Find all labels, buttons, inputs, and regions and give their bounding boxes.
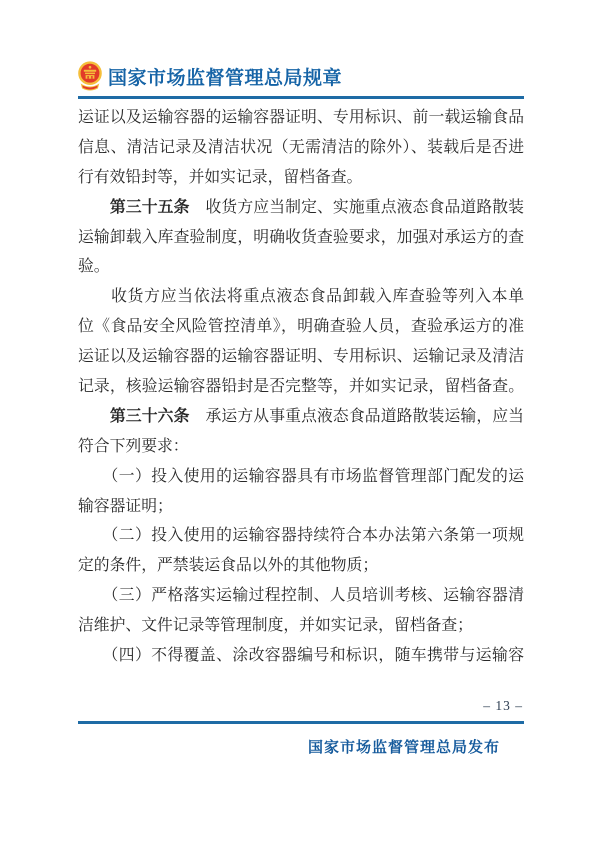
paragraph: 第三十六条 承运方从事重点液态食品道路散装运输，应当符合下列要求： [78,402,524,462]
paragraph: 运证以及运输容器的运输容器证明、专用标识、前一载运输食品信息、清洁记录及清洁状况… [78,103,524,193]
text-line: 位《食品安全风险管控清单》，明确查验人员，查验承运方的准 [78,312,524,342]
paragraph: （二）投入使用的运输容器持续符合本办法第六条第一项规定的条件，严禁装运食品以外的… [78,521,524,581]
text-segment: 符合下列要求： [78,438,189,455]
text-segment: 位《食品安全风险管控清单》，明确查验人员，查验承运方的准 [78,318,524,335]
text-line: 记录，核验运输容器铅封是否完整等，并如实记录，留档备查。 [78,372,524,402]
text-line: 运输卸载入库查验制度，明确收货查验要求，加强对承运方的查 [78,223,524,253]
footer-divider [78,721,524,724]
document-body: 运证以及运输容器的运输容器证明、专用标识、前一载运输食品信息、清洁记录及清洁状况… [78,103,524,671]
text-line: （三）严格落实运输过程控制、人员培训考核、运输容器清 [78,581,524,611]
text-segment: 记录，核验运输容器铅封是否完整等，并如实记录，留档备查。 [78,378,524,395]
page-number: – 13 – [483,698,523,714]
text-line: （一）投入使用的运输容器具有市场监督管理部门配发的运 [78,462,524,492]
text-segment: 收货方应当制定、实施重点液态食品道路散装 [190,199,524,216]
text-segment: 验。 [78,258,110,275]
text-segment: （一）投入使用的运输容器具有市场监督管理部门配发的运 [78,468,524,485]
text-segment: 运证以及运输容器的运输容器证明、专用标识、运输记录及清洁 [78,348,524,365]
text-line: （四）不得覆盖、涂改容器编号和标识，随车携带与运输容 [78,641,524,671]
text-segment: 收货方应当依法将重点液态食品卸载入库查验等列入本单 [78,288,524,305]
text-line: 第三十六条 承运方从事重点液态食品道路散装运输，应当 [78,402,524,432]
header-divider [78,96,524,99]
text-segment: 运输卸载入库查验制度，明确收货查验要求，加强对承运方的查 [78,229,524,246]
paragraph: （三）严格落实运输过程控制、人员培训考核、运输容器清洁维护、文件记录等管理制度，… [78,581,524,641]
text-line: （二）投入使用的运输容器持续符合本办法第六条第一项规 [78,521,524,551]
paragraph: 收货方应当依法将重点液态食品卸载入库查验等列入本单位《食品安全风险管控清单》，明… [78,282,524,402]
paragraph: （四）不得覆盖、涂改容器编号和标识，随车携带与运输容 [78,641,524,671]
text-segment: （四）不得覆盖、涂改容器编号和标识，随车携带与运输容 [78,647,524,664]
text-segment: 承运方从事重点液态食品道路散装运输，应当 [190,408,524,425]
text-line: 收货方应当依法将重点液态食品卸载入库查验等列入本单 [78,282,524,312]
text-line: 验。 [78,252,524,282]
text-segment: 运证以及运输容器的运输容器证明、专用标识、前一载运输食品 [78,109,524,126]
article-number: 第三十六条 [110,408,190,425]
text-segment: 行有效铅封等，并如实记录，留档备查。 [78,169,362,186]
text-segment: 输容器证明； [78,498,173,515]
text-segment: 洁维护、文件记录等管理制度，并如实记录，留档备查； [78,617,473,634]
text-line: 信息、清洁记录及清洁状况（无需清洁的除外）、装载后是否进 [78,133,524,163]
text-line: 行有效铅封等，并如实记录，留档备查。 [78,163,524,193]
text-line: 第三十五条 收货方应当制定、实施重点液态食品道路散装 [78,193,524,223]
text-segment [78,199,110,216]
text-line: 洁维护、文件记录等管理制度，并如实记录，留档备查； [78,611,524,641]
text-segment: （二）投入使用的运输容器持续符合本办法第六条第一项规 [78,527,524,544]
text-line: 运证以及运输容器的运输容器证明、专用标识、运输记录及清洁 [78,342,524,372]
text-segment: （三）严格落实运输过程控制、人员培训考核、运输容器清 [78,587,524,604]
document-page: 国家市场监督管理总局规章 运证以及运输容器的运输容器证明、专用标识、前一载运输食… [0,0,600,848]
text-segment [78,408,110,425]
national-emblem-icon [77,60,103,92]
text-line: 定的条件，严禁装运食品以外的其他物质； [78,551,524,581]
text-segment: 定的条件，严禁装运食品以外的其他物质； [78,557,378,574]
page-header: 国家市场监督管理总局规章 [77,58,524,94]
text-line: 运证以及运输容器的运输容器证明、专用标识、前一载运输食品 [78,103,524,133]
publisher-label: 国家市场监督管理总局发布 [308,736,500,757]
text-line: 输容器证明； [78,492,524,522]
paragraph: 第三十五条 收货方应当制定、实施重点液态食品道路散装运输卸载入库查验制度，明确收… [78,193,524,283]
article-number: 第三十五条 [110,199,190,216]
page-title: 国家市场监督管理总局规章 [108,63,342,90]
text-line: 符合下列要求： [78,432,524,462]
text-segment: 信息、清洁记录及清洁状况（无需清洁的除外）、装载后是否进 [78,139,524,156]
paragraph: （一）投入使用的运输容器具有市场监督管理部门配发的运输容器证明； [78,462,524,522]
